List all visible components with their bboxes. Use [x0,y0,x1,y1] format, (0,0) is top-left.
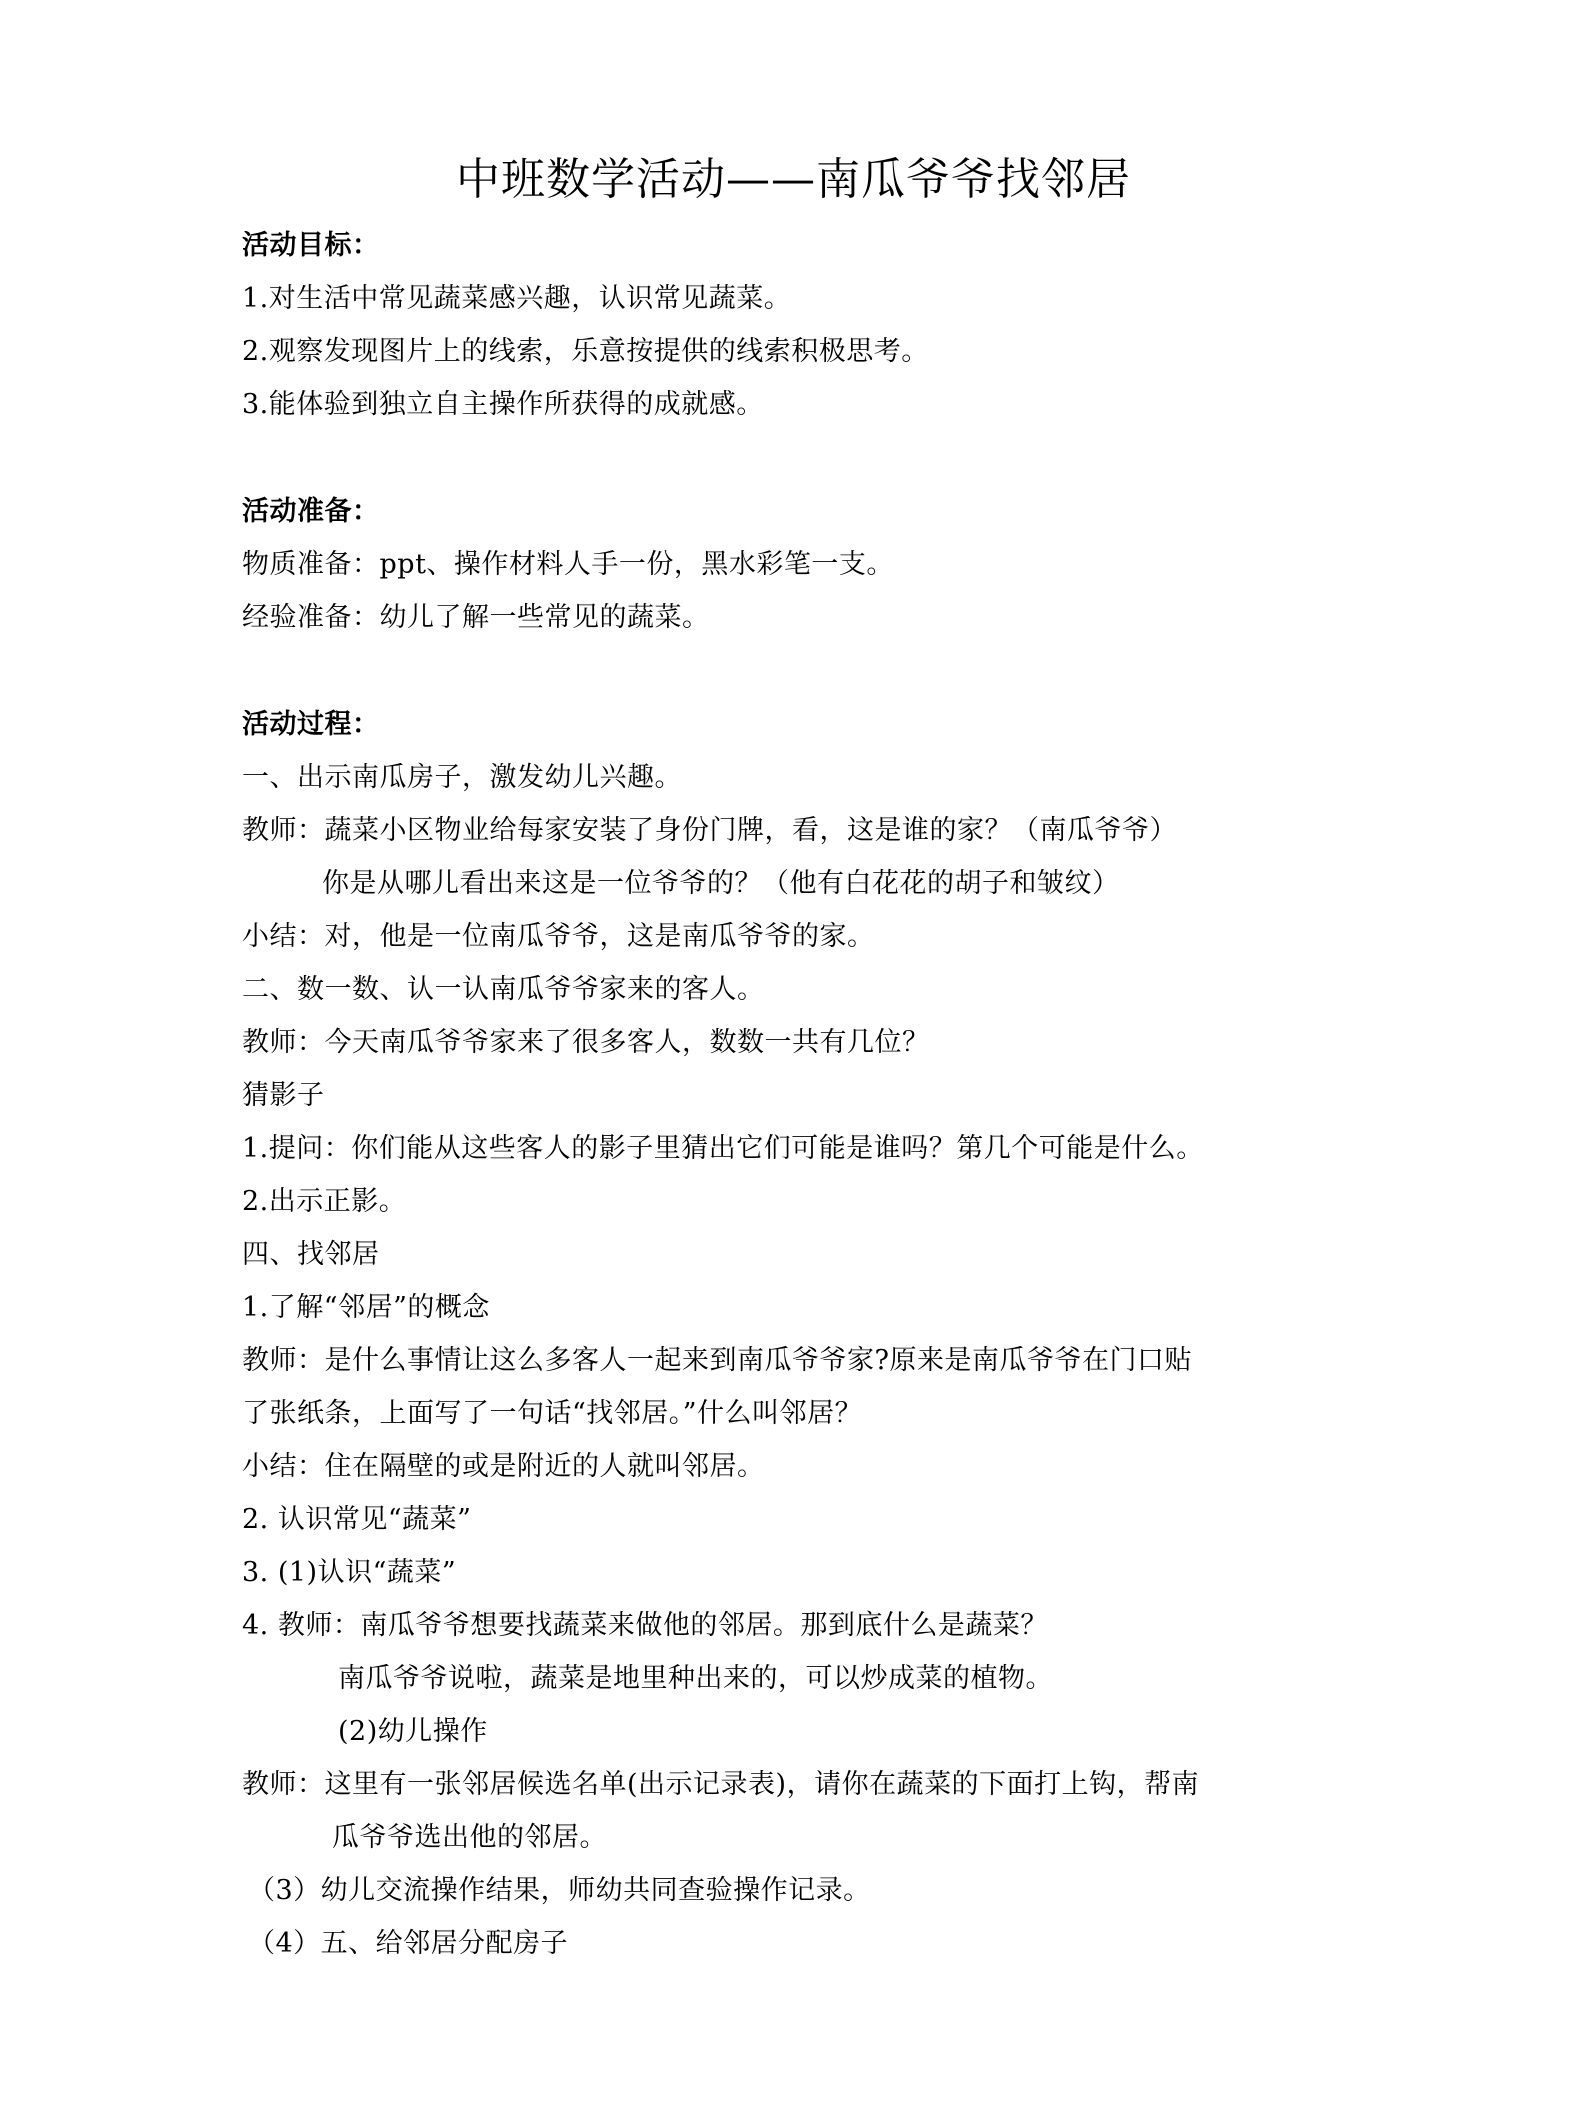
goals-heading: 活动目标： [242,228,380,264]
process-line: 猜影子 [242,1078,325,1114]
process-line: 教师：是什么事情让这么多客人一起来到南瓜爷爷家?原来是南瓜爷爷在门口贴 [242,1343,1192,1379]
process-line: 小结：住在隔壁的或是附近的人就叫邻居。 [242,1449,765,1485]
process-heading: 活动过程： [242,707,380,743]
process-line: （3）幼儿交流操作结果，师幼共同查验操作记录。 [248,1873,871,1909]
goal-item: 3.能体验到独立自主操作所获得的成就感。 [242,387,764,423]
process-line: 1.提问：你们能从这些客人的影子里猜出它们可能是谁吗？第几个可能是什么。 [242,1131,1204,1167]
process-line: 你是从哪儿看出来这是一位爷爷的？（他有白花花的胡子和皱纹） [322,866,1120,902]
preparation-item: 物质准备：ppt、操作材料人手一份，黑水彩笔一支。 [242,547,894,583]
process-line: (2)幼儿操作 [338,1714,488,1750]
preparation-item: 经验准备：幼儿了解一些常见的蔬菜。 [242,600,710,636]
process-line: 二、数一数、认一认南瓜爷爷家来的客人。 [242,972,765,1008]
process-line: 四、找邻居 [242,1237,380,1273]
process-line: 2. 认识常见“蔬菜” [242,1502,471,1538]
process-line: 3. (1)认识“蔬菜” [242,1555,456,1591]
process-line: 瓜爷爷选出他的邻居。 [332,1820,607,1856]
process-line: 教师：蔬菜小区物业给每家安装了身份门牌，看，这是谁的家？（南瓜爷爷） [242,813,1177,849]
process-line: 教师：今天南瓜爷爷家来了很多客人，数数一共有几位？ [242,1025,930,1061]
process-line: 了张纸条，上面写了一句话“找邻居。”什么叫邻居？ [242,1396,862,1432]
process-line: 4. 教师：南瓜爷爷想要找蔬菜来做他的邻居。那到底什么是蔬菜？ [242,1608,1048,1644]
process-line: 小结：对，他是一位南瓜爷爷，这是南瓜爷爷的家。 [242,919,875,955]
process-line: 1.了解“邻居”的概念 [242,1290,490,1326]
process-line: （4）五、给邻居分配房子 [248,1926,568,1962]
document-page: 中班数学活动——南瓜爷爷找邻居 活动目标： 1.对生活中常见蔬菜感兴趣，认识常见… [0,0,1587,2123]
process-line: 一、出示南瓜房子，激发幼儿兴趣。 [242,760,682,796]
document-title: 中班数学活动——南瓜爷爷找邻居 [0,150,1587,210]
process-line: 南瓜爷爷说啦，蔬菜是地里种出来的，可以炒成菜的植物。 [338,1661,1053,1697]
process-line: 教师：这里有一张邻居候选名单(出示记录表)，请你在蔬菜的下面打上钩，帮南 [242,1767,1199,1803]
preparation-heading: 活动准备： [242,494,380,530]
goal-item: 2.观察发现图片上的线索，乐意按提供的线索积极思考。 [242,334,929,370]
goal-item: 1.对生活中常见蔬菜感兴趣，认识常见蔬菜。 [242,281,791,317]
process-line: 2.出示正影。 [242,1184,406,1220]
